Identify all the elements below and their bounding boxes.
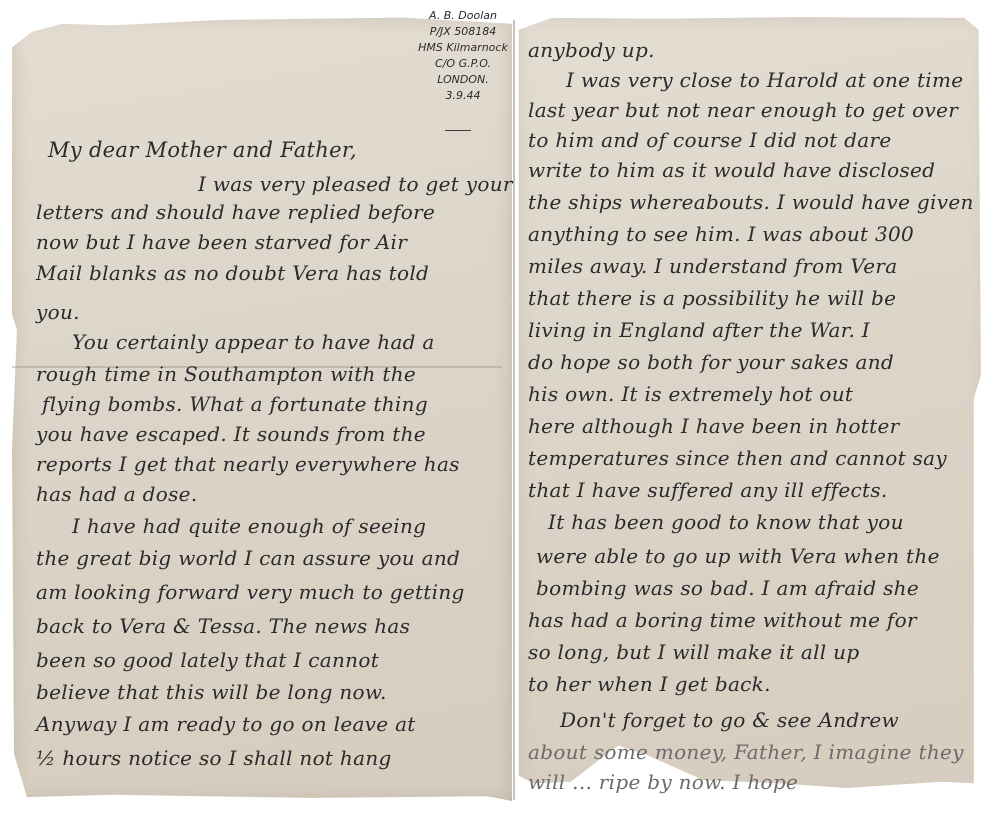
- letter-line: that I have suffered any ill effects.: [528, 478, 888, 502]
- address-line: HMS Kilmarnock: [398, 40, 528, 56]
- letter-line: here although I have been in hotter: [528, 414, 899, 438]
- letter-line: were able to go up with Vera when the: [536, 544, 940, 568]
- letter-line: so long, but I will make it all up: [528, 640, 859, 664]
- letter-line: flying bombs. What a fortunate thing: [42, 392, 428, 416]
- letter-line: You certainly appear to have had a: [72, 330, 435, 354]
- letter-line: living in England after the War. I: [528, 318, 870, 342]
- address-line: C/O G.P.O.: [398, 56, 528, 72]
- letter-line: am looking forward very much to getting: [36, 580, 465, 604]
- letter-line: has had a dose.: [36, 482, 197, 506]
- letter-line: will ... ripe by now. I hope: [528, 770, 798, 794]
- letter-scan: A. B. Doolan P/JX 508184 HMS Kilmarnock …: [0, 0, 1000, 822]
- letter-line: ½ hours notice so I shall not hang: [36, 746, 392, 770]
- letter-line: you.: [36, 300, 80, 324]
- salutation: My dear Mother and Father,: [48, 138, 357, 162]
- letter-line: temperatures since then and cannot say: [528, 446, 947, 470]
- vertical-fold-crease: [513, 20, 515, 800]
- letter-line: I have had quite enough of seeing: [72, 514, 426, 538]
- letter-line: has had a boring time without me for: [528, 608, 917, 632]
- address-line: P/JX 508184: [398, 24, 528, 40]
- letter-line: rough time in Southampton with the: [36, 362, 416, 386]
- address-line: LONDON.: [398, 72, 528, 88]
- letter-line: miles away. I understand from Vera: [528, 254, 897, 278]
- letter-line: that there is a possibility he will be: [528, 286, 896, 310]
- letter-line: believe that this will be long now.: [36, 680, 387, 704]
- date-underline: [445, 130, 471, 131]
- letter-line: you have escaped. It sounds from the: [36, 422, 426, 446]
- letter-line: now but I have been starved for Air: [36, 230, 407, 254]
- address-line: A. B. Doolan: [398, 8, 528, 24]
- letter-line: his own. It is extremely hot out: [528, 382, 853, 406]
- letter-line: It has been good to know that you: [548, 510, 904, 534]
- letter-line: Don't forget to go & see Andrew: [560, 708, 899, 732]
- letter-line: Mail blanks as no doubt Vera has told: [36, 261, 429, 285]
- letter-line: about some money, Father, I imagine they: [528, 740, 964, 764]
- letter-line: write to him as it would have disclosed: [528, 158, 935, 182]
- letter-line: been so good lately that I cannot: [36, 648, 379, 672]
- letter-line: I was very close to Harold at one time: [566, 68, 963, 92]
- letter-line: I was very pleased to get your: [198, 172, 513, 196]
- letter-line: last year but not near enough to get ove…: [528, 98, 958, 122]
- letter-line: the ships whereabouts. I would have give…: [528, 190, 974, 214]
- letter-line: the great big world I can assure you and: [36, 546, 460, 570]
- letter-line: back to Vera & Tessa. The news has: [36, 614, 410, 638]
- letter-line: anything to see him. I was about 300: [528, 222, 914, 246]
- letter-line: Anyway I am ready to go on leave at: [36, 712, 416, 736]
- letter-line: anybody up.: [528, 38, 655, 62]
- letter-line: bombing was so bad. I am afraid she: [536, 576, 919, 600]
- letter-date: 3.9.44: [398, 88, 528, 104]
- letter-line: reports I get that nearly everywhere has: [36, 452, 460, 476]
- letter-line: to him and of course I did not dare: [528, 128, 892, 152]
- letter-line: letters and should have replied before: [36, 200, 435, 224]
- sender-address-block: A. B. Doolan P/JX 508184 HMS Kilmarnock …: [398, 8, 528, 104]
- letter-line: do hope so both for your sakes and: [528, 350, 894, 374]
- letter-line: to her when I get back.: [528, 672, 771, 696]
